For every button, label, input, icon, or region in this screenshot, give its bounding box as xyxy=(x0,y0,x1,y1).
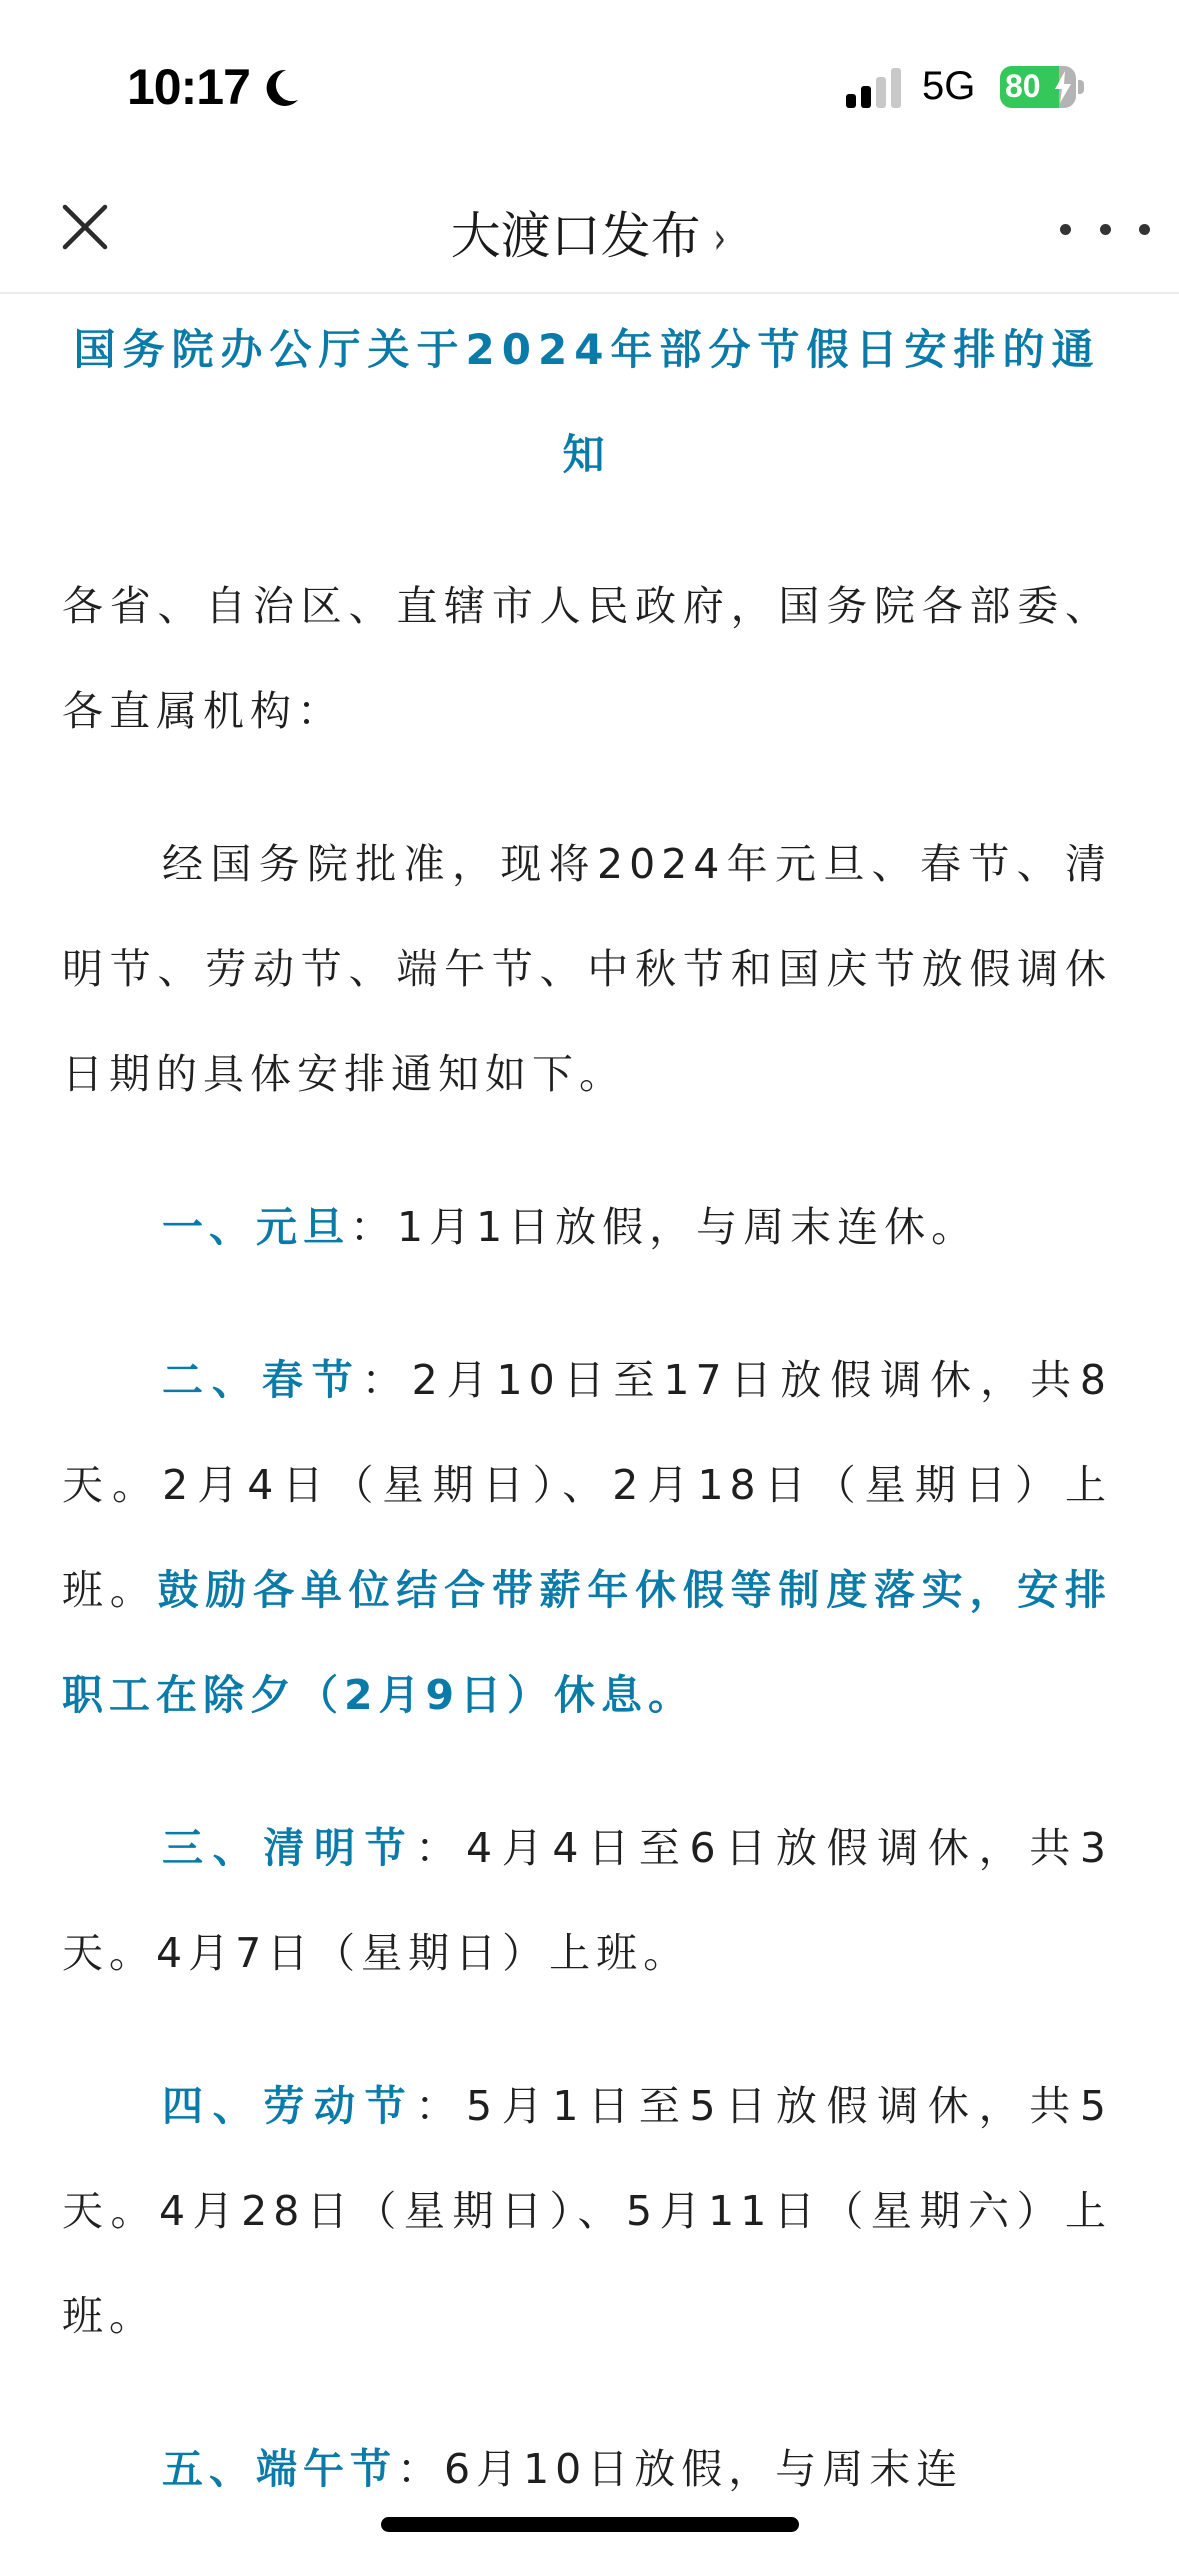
battery-cap xyxy=(1078,80,1084,94)
article-content: 国务院办公厅关于2024年部分节假日安排的通知 各省、自治区、直辖市人民政府，国… xyxy=(62,294,1112,2522)
section-heading: 二、春节 xyxy=(162,1356,362,1404)
nav-bar: 大渡口发布› xyxy=(0,160,1179,294)
section-dragon-boat: 五、端午节：6月10日放假，与周末连 xyxy=(62,2417,1112,2522)
home-indicator[interactable] xyxy=(381,2517,799,2532)
section-labor-day: 四、劳动节：5月1日至5日放假调休，共5天。4月28日（星期日）、5月11日（星… xyxy=(62,2054,1112,2369)
section-body: 6月10日放假，与周末连 xyxy=(444,2445,963,2493)
chevron-right-icon: › xyxy=(713,213,725,264)
charging-bolt-icon xyxy=(1054,71,1072,103)
network-type: 5G xyxy=(922,64,975,109)
section-new-year: 一、元旦：1月1日放假，与周末连休。 xyxy=(62,1175,1112,1280)
section-heading: 一、元旦 xyxy=(162,1203,350,1251)
battery-percent: 80 xyxy=(1005,68,1041,105)
salutation: 各省、自治区、直辖市人民政府，国务院各部委、各直属机构： xyxy=(62,554,1112,764)
status-time: 10:17 xyxy=(127,58,250,116)
moon-icon xyxy=(262,68,300,108)
more-options-button[interactable] xyxy=(1060,214,1150,244)
article-title: 国务院办公厅关于2024年部分节假日安排的通知 xyxy=(62,297,1112,507)
section-body: 1月1日放假，与周末连休。 xyxy=(397,1203,978,1251)
more-icon-dot xyxy=(1060,224,1071,235)
account-name: 大渡口发布 xyxy=(451,196,701,268)
section-spring-festival: 二、春节：2月10日至17日放假调休，共8天。2月4日（星期日）、2月18日（星… xyxy=(62,1328,1112,1748)
more-icon-dot xyxy=(1100,224,1111,235)
status-bar: 10:17 5G 80 xyxy=(0,0,1179,160)
battery-icon: 80 xyxy=(1000,66,1076,108)
signal-icon xyxy=(846,68,902,108)
account-title-link[interactable]: 大渡口发布› xyxy=(0,196,1179,268)
section-heading: 四、劳动节 xyxy=(162,2082,415,2130)
intro-paragraph: 经国务院批准，现将2024年元旦、春节、清明节、劳动节、端午节、中秋节和国庆节放… xyxy=(62,812,1112,1127)
more-icon-dot xyxy=(1139,224,1150,235)
section-heading: 五、端午节 xyxy=(162,2445,397,2493)
section-heading: 三、清明节 xyxy=(162,1824,415,1872)
section-qingming: 三、清明节：4月4日至6日放假调休，共3天。4月7日（星期日）上班。 xyxy=(62,1796,1112,2006)
section-emphasis: 鼓励各单位结合带薪年休假等制度落实，安排职工在除夕（2月9日）休息。 xyxy=(62,1566,1112,1719)
